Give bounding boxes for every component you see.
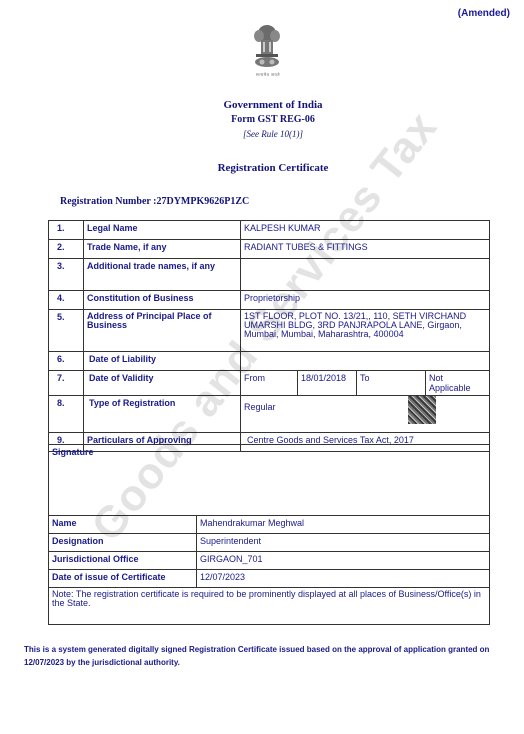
row-label: Date of Liability bbox=[84, 352, 241, 371]
row-label: Date of Validity bbox=[84, 371, 241, 396]
signature-field-value: Superintendent bbox=[197, 534, 490, 552]
table-row: 2. Trade Name, if any RADIANT TUBES & FI… bbox=[49, 240, 490, 259]
validity-from-label: From bbox=[241, 371, 298, 396]
signature-table: Signature Name Mahendrakumar Meghwal Des… bbox=[48, 444, 490, 625]
row-number: 7. bbox=[49, 371, 84, 396]
registration-number: Registration Number :27DYMPK9626P1ZC bbox=[60, 196, 249, 207]
validity-to-label: To bbox=[357, 371, 426, 396]
row-label: Legal Name bbox=[84, 221, 241, 240]
row-value: Regular bbox=[241, 396, 490, 433]
row-label: Type of Registration bbox=[84, 396, 241, 433]
row-number: 3. bbox=[49, 259, 84, 291]
table-row: 4. Constitution of Business Proprietorsh… bbox=[49, 291, 490, 310]
row-number: 8. bbox=[49, 396, 84, 433]
row-value: RADIANT TUBES & FITTINGS bbox=[241, 240, 490, 259]
row-label: Trade Name, if any bbox=[84, 240, 241, 259]
row-number: 1. bbox=[49, 221, 84, 240]
signature-field-label: Designation bbox=[49, 534, 197, 552]
signature-field-row: Designation Superintendent bbox=[49, 534, 490, 552]
government-heading: Government of India bbox=[0, 99, 524, 111]
emblem-caption: सत्यमेव जयते bbox=[252, 72, 284, 78]
row-value: Proprietorship bbox=[241, 291, 490, 310]
table-row: 6. Date of Liability bbox=[49, 352, 490, 371]
signature-field-value: Mahendrakumar Meghwal bbox=[197, 516, 490, 534]
row-value bbox=[241, 259, 490, 291]
row-label: Address of Principal Place of Business bbox=[84, 310, 241, 352]
national-emblem-icon bbox=[252, 24, 282, 70]
certificate-title: Registration Certificate bbox=[0, 162, 524, 174]
row-value: 1ST FLOOR, PLOT NO. 13/21,, 110, SETH VI… bbox=[241, 310, 490, 352]
qr-code-icon bbox=[408, 396, 436, 424]
row-label: Additional trade names, if any bbox=[84, 259, 241, 291]
table-row: 5. Address of Principal Place of Busines… bbox=[49, 310, 490, 352]
note-text: Note: The registration certificate is re… bbox=[49, 588, 490, 625]
footer-disclaimer: This is a system generated digitally sig… bbox=[24, 643, 510, 669]
signature-field-row: Jurisdictional Office GIRGAON_701 bbox=[49, 552, 490, 570]
registration-number-label: Registration Number : bbox=[60, 196, 156, 207]
row-number: 5. bbox=[49, 310, 84, 352]
table-row: 3. Additional trade names, if any bbox=[49, 259, 490, 291]
amended-label: (Amended) bbox=[458, 8, 510, 19]
signature-row: Signature bbox=[49, 445, 490, 516]
signature-label: Signature bbox=[49, 445, 490, 516]
signature-field-label: Name bbox=[49, 516, 197, 534]
registration-details-table: 1. Legal Name KALPESH KUMAR 2. Trade Nam… bbox=[48, 220, 490, 452]
signature-field-value: 12/07/2023 bbox=[197, 570, 490, 588]
note-row: Note: The registration certificate is re… bbox=[49, 588, 490, 625]
signature-field-label: Jurisdictional Office bbox=[49, 552, 197, 570]
validity-from-date: 18/01/2018 bbox=[298, 371, 357, 396]
table-row: 1. Legal Name KALPESH KUMAR bbox=[49, 221, 490, 240]
row-number: 4. bbox=[49, 291, 84, 310]
row-number: 2. bbox=[49, 240, 84, 259]
table-row: 8. Type of Registration Regular bbox=[49, 396, 490, 433]
signature-field-value: GIRGAON_701 bbox=[197, 552, 490, 570]
validity-to-date: Not Applicable bbox=[426, 371, 490, 396]
registration-number-value: 27DYMPK9626P1ZC bbox=[156, 196, 249, 207]
signature-field-label: Date of issue of Certificate bbox=[49, 570, 197, 588]
row-value bbox=[241, 352, 490, 371]
signature-field-row: Name Mahendrakumar Meghwal bbox=[49, 516, 490, 534]
row-value: KALPESH KUMAR bbox=[241, 221, 490, 240]
rule-reference: [See Rule 10(1)] bbox=[0, 129, 524, 139]
registration-type: Regular bbox=[244, 402, 276, 412]
form-heading: Form GST REG-06 bbox=[0, 114, 524, 125]
signature-field-row: Date of issue of Certificate 12/07/2023 bbox=[49, 570, 490, 588]
row-number: 6. bbox=[49, 352, 84, 371]
row-label: Constitution of Business bbox=[84, 291, 241, 310]
table-row: 7. Date of Validity From 18/01/2018 To N… bbox=[49, 371, 490, 396]
